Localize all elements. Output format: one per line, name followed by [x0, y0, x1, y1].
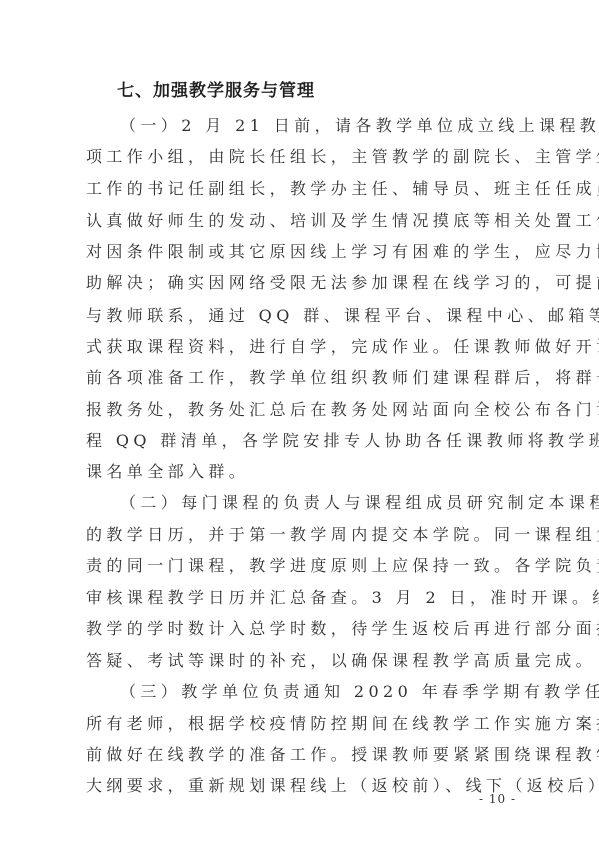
paragraph-1-line-10: 报教务处，教务处汇总后在教务处网站面向全校公布各门课: [86, 400, 599, 420]
paragraph-1-line-7: 与教师联系，通过 QQ 群、课程平台、课程中心、邮箱等方: [86, 306, 599, 326]
section-heading: 七、加强教学服务与管理: [117, 76, 315, 101]
paragraph-3-line-4: 大纲要求，重新规划课程线上（返校前）、线下（返校后）: [86, 776, 599, 796]
paragraph-2-line-3: 责的同一门课程，教学进度原则上应保持一致。各学院负责: [86, 556, 599, 576]
paragraph-3-line-2: 所有老师，根据学校疫情防控期间在线教学工作实施方案提: [86, 714, 599, 734]
paragraph-2-line-4: 审核课程教学日历并汇总备查。3 月 2 日，准时开课。线上: [86, 588, 599, 608]
paragraph-1-line-2: 项工作小组，由院长任组长，主管教学的副院长、主管学生: [86, 147, 599, 167]
paragraph-1-line-12: 课名单全部入群。: [86, 462, 249, 482]
paragraph-1-line-4: 认真做好师生的发动、培训及学生情况摸底等相关处置工作。: [86, 211, 599, 231]
document-page: 七、加强教学服务与管理 （一）2 月 21 日前，请各教学单位成立线上课程教学专…: [0, 0, 599, 852]
paragraph-1-line-5: 对因条件限制或其它原因线上学习有困难的学生，应尽力协: [86, 242, 599, 262]
paragraph-1-line-9: 前各项准备工作，教学单位组织教师们建课程群后，将群号: [86, 368, 599, 388]
paragraph-2-line-6: 答疑、考试等课时的补充，以确保课程教学高质量完成。: [86, 651, 596, 671]
paragraph-3-line-3: 前做好在线教学的准备工作。授课教师要紧紧围绕课程教学: [86, 745, 599, 765]
paragraph-1-line-1: （一）2 月 21 日前，请各教学单位成立线上课程教学专: [120, 116, 599, 136]
paragraph-1-line-6: 助解决；确实因网络受限无法参加课程在线学习的，可提前: [86, 273, 599, 293]
paragraph-2-line-5: 教学的学时数计入总学时数，待学生返校后再进行部分面授、: [86, 619, 599, 639]
paragraph-1-line-3: 工作的书记任副组长，教学办主任、辅导员、班主任任成员，: [86, 179, 599, 199]
paragraph-2-line-2: 的教学日历，并于第一教学周内提交本学院。同一课程组负: [86, 525, 599, 545]
paragraph-1-line-8: 式获取课程资料，进行自学，完成作业。任课教师做好开课: [86, 337, 599, 357]
paragraph-2-line-1: （二）每门课程的负责人与课程组成员研究制定本课程: [120, 493, 599, 513]
page-number: - 10 -: [479, 792, 516, 806]
paragraph-3-line-1: （三）教学单位负责通知 2020 年春季学期有教学任务的: [120, 682, 599, 702]
paragraph-1-line-11: 程 QQ 群清单，各学院安排专人协助各任课教师将教学班选: [86, 431, 599, 451]
